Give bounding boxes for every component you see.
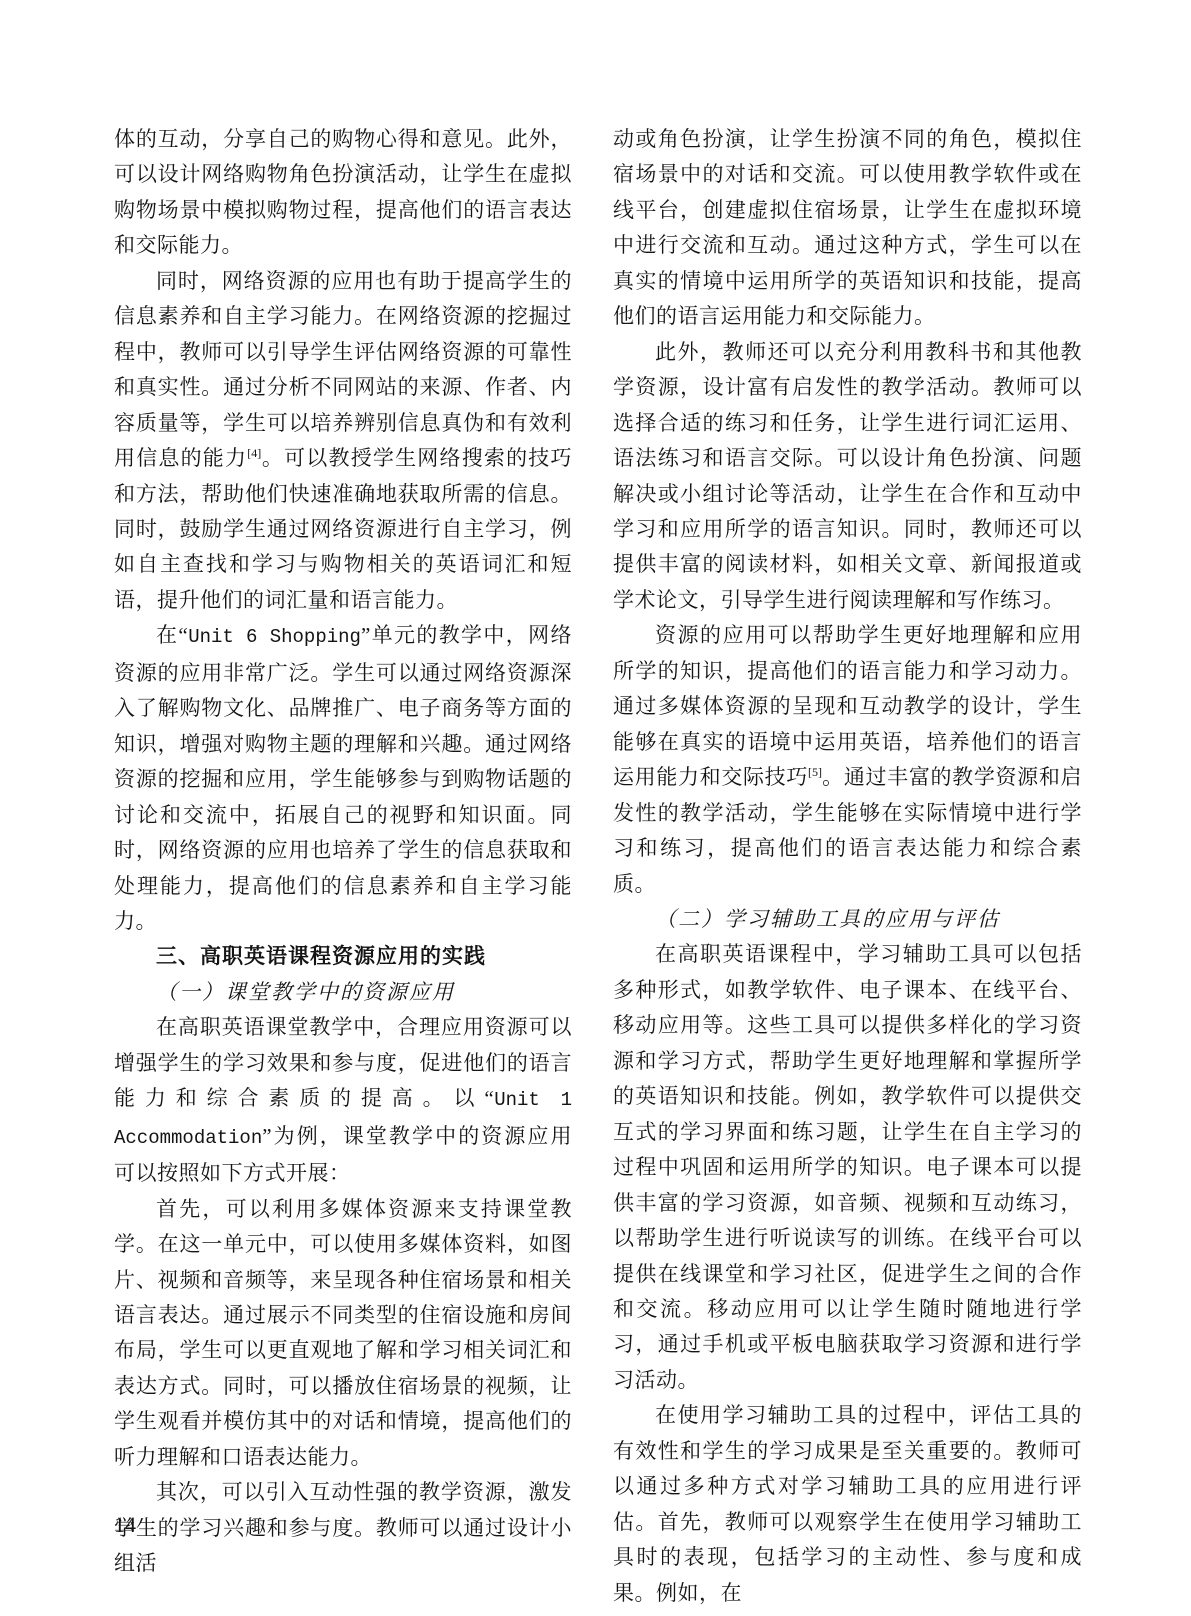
citation-ref: [4] [247, 446, 261, 460]
paragraph: 同时，网络资源的应用也有助于提高学生的信息素养和自主学习能力。在网络资源的挖掘过… [114, 264, 572, 619]
paragraph: 资源的应用可以帮助学生更好地理解和应用所学的知识，提高他们的语言能力和学习动力。… [613, 618, 1082, 902]
left-column: 体的互动，分享自己的购物心得和意见。此外，可以设计网络购物角色扮演活动，让学生在… [114, 122, 572, 1582]
page-number: 14 [114, 1512, 136, 1538]
latin-text: Unit 1 Accommodation [114, 1089, 572, 1148]
document-page: 体的互动，分享自己的购物心得和意见。此外，可以设计网络购物角色扮演活动，让学生在… [0, 0, 1191, 1616]
section-heading: 三、高职英语课程资源应用的实践 [114, 939, 572, 974]
paragraph: 其次，可以引入互动性强的教学资源，激发学生的学习兴趣和参与度。教师可以通过设计小… [114, 1475, 572, 1581]
subsection-heading: （二）学习辅助工具的应用与评估 [613, 902, 1082, 937]
paragraph: 此外，教师还可以充分利用教科书和其他教学资源，设计富有启发性的教学活动。教师可以… [613, 335, 1082, 619]
paragraph: 体的互动，分享自己的购物心得和意见。此外，可以设计网络购物角色扮演活动，让学生在… [114, 122, 572, 264]
paragraph: 动或角色扮演，让学生扮演不同的角色，模拟住宿场景中的对话和交流。可以使用教学软件… [613, 122, 1082, 335]
subsection-heading: （一）课堂教学中的资源应用 [114, 975, 572, 1010]
latin-text: Unit 6 Shopping [188, 626, 361, 648]
paragraph: 在高职英语课程中，学习辅助工具可以包括多种形式，如教学软件、电子课本、在线平台、… [613, 937, 1082, 1398]
right-column: 动或角色扮演，让学生扮演不同的角色，模拟住宿场景中的对话和交流。可以使用教学软件… [613, 122, 1082, 1611]
paragraph: 在“Unit 6 Shopping”单元的教学中，网络资源的应用非常广泛。学生可… [114, 618, 572, 939]
paragraph: 在高职英语课堂教学中，合理应用资源可以增强学生的学习效果和参与度，促进他们的语言… [114, 1010, 572, 1191]
paragraph: 在使用学习辅助工具的过程中，评估工具的有效性和学生的学习成果是至关重要的。教师可… [613, 1398, 1082, 1611]
paragraph: 首先，可以利用多媒体资源来支持课堂教学。在这一单元中，可以使用多媒体资料，如图片… [114, 1192, 572, 1476]
citation-ref: [5] [808, 765, 822, 779]
